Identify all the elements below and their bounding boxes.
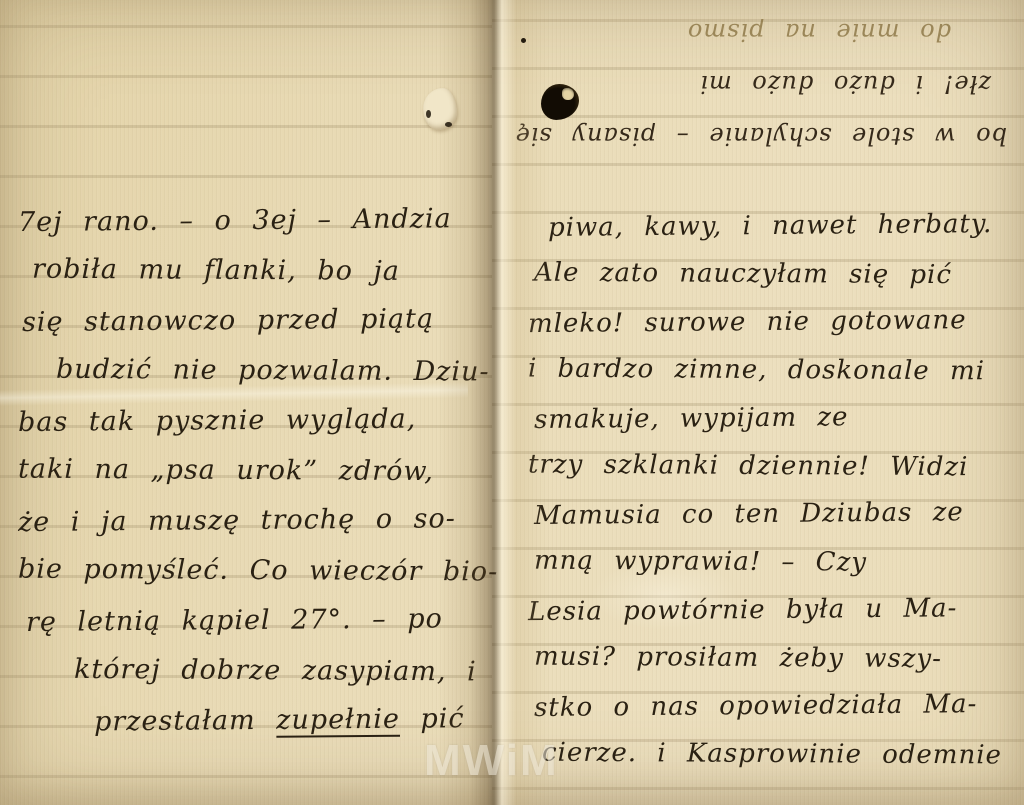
handwriting-line: trzy szklanki dziennie! Widzi <box>520 440 1014 491</box>
handwriting-line: budzić nie pozwalam. Dziu- <box>16 345 486 398</box>
handwriting-line: rę letnią kąpiel 27°. – po <box>16 594 486 648</box>
handwriting-line: musi? prosiłam żeby wszy- <box>520 632 1014 683</box>
inverted-handwriting-block: do mnie na pismozłe! i dużo dużo mibo w … <box>545 6 1011 162</box>
handwriting-line: mleko! surowe nie gotowane <box>520 296 1014 348</box>
handwriting-line: której dobrze zasypiam, i <box>16 645 486 698</box>
inverted-handwriting-line: bo w stole schylanie – pisany się <box>545 110 1011 162</box>
right-page-text: piwa, kawy, i nawet herbaty.Ale zato nau… <box>520 202 1014 778</box>
handwriting-line: smakuje, wypijam ze <box>520 392 1014 444</box>
handwriting-line: że i ja muszę trochę o so- <box>16 494 486 548</box>
inverted-handwriting-line: złe! i dużo dużo mi <box>545 58 1011 110</box>
hole-paper-chip <box>562 88 574 100</box>
inverted-handwriting-line: do mnie na pismo <box>545 6 1011 58</box>
handwriting-line: taki na „psa urok” zdrów, <box>16 445 486 498</box>
watermark: MWiM <box>424 736 559 786</box>
ink-dot <box>521 38 526 43</box>
handwriting-line: 7ej rano. – o 3ej – Andzia <box>16 194 486 248</box>
left-page-text: 7ej rano. – o 3ej – Andziarobiła mu flan… <box>16 196 486 746</box>
paper-speck <box>426 110 431 118</box>
paper-speck <box>445 122 452 127</box>
handwriting-line: Mamusia co ten Dziubas ze <box>520 488 1014 540</box>
handwriting-line: mną wyprawia! – Czy <box>520 536 1014 587</box>
letter-scan: do mnie na pismozłe! i dużo dużo mibo w … <box>0 0 1024 805</box>
handwriting-line: i bardzo zimne, doskonale mi <box>520 344 1014 395</box>
handwriting-line: piwa, kawy, i nawet herbaty. <box>520 200 1014 252</box>
handwriting-line: Ale zato nauczyłam się pić <box>520 248 1014 299</box>
handwriting-line: stko o nas opowiedziała Ma- <box>520 680 1014 732</box>
handwriting-line: się stanowczo przed piątą <box>16 294 486 348</box>
handwriting-line: przestałam zupełnie pić <box>16 694 486 748</box>
handwriting-line: cierze. i Kasprowinie odemnie <box>520 728 1014 779</box>
handwriting-line: Lesia powtórnie była u Ma- <box>520 584 1014 636</box>
handwriting-line: bie pomyśleć. Co wieczór bio- <box>16 545 486 598</box>
handwriting-line: bas tak pysznie wygląda, <box>16 394 486 448</box>
handwriting-line: robiła mu flanki, bo ja <box>16 245 486 298</box>
paper-tear <box>423 88 457 130</box>
